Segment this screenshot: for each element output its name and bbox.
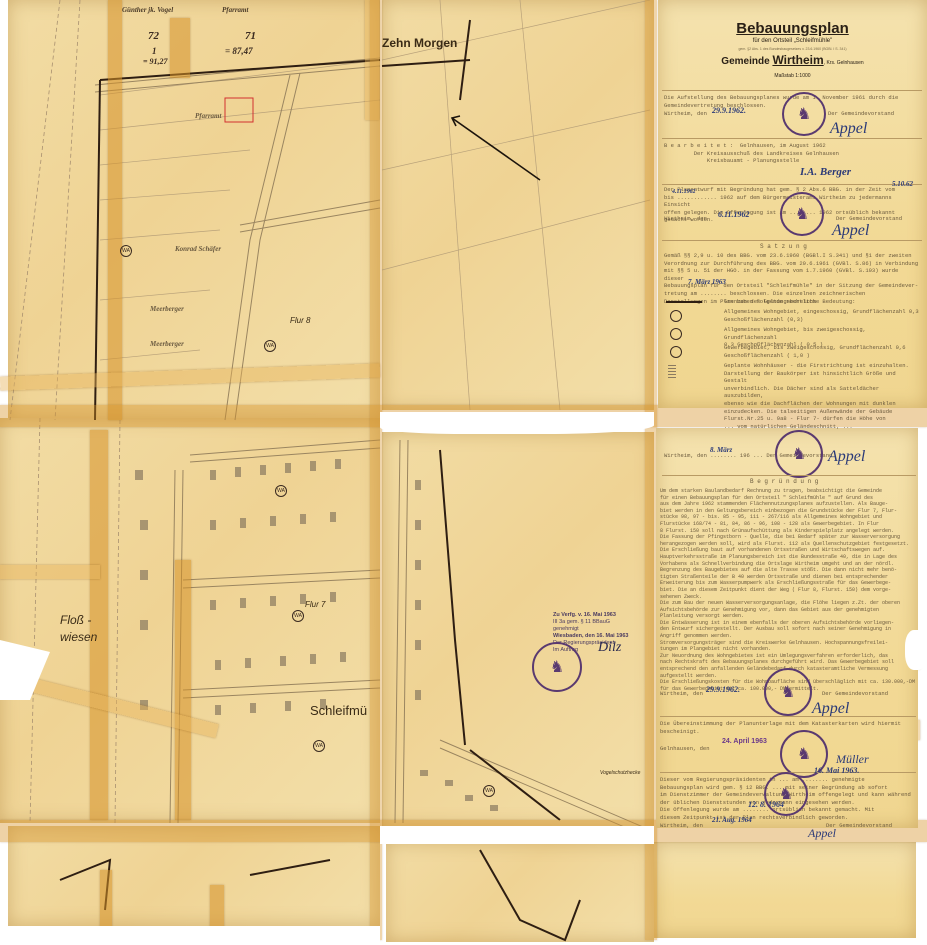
hand-parcel-72-area: = 91,27 <box>143 57 168 66</box>
zone-badge: WA <box>313 740 325 752</box>
plan-scale: Maßstab 1:1000 <box>658 73 927 79</box>
section-rechtskraft-approval-date: 16. Mai 1963. <box>814 766 859 775</box>
section-rechtskraft-signature: Appel <box>808 826 836 841</box>
torn-gap <box>380 826 654 844</box>
municipality-name: Wirtheim <box>772 53 823 67</box>
legend-item: Allgemeines Wohngebiet, eingeschossig, G… <box>664 308 920 326</box>
torn-gap <box>905 630 927 670</box>
lion-emblem-icon: ♞ <box>792 444 806 464</box>
legend-item: Gewerbegebiet, bis zweigeschossig, Grund… <box>664 344 920 362</box>
hand-owner-2: Konrad Schäfer <box>175 245 221 253</box>
gemeinde-seal: ♞ <box>780 192 824 236</box>
map-label-vogelschutz: Vogelschutzhecke <box>600 770 640 776</box>
lion-emblem-icon: ♞ <box>797 104 811 124</box>
section-kataster-date: 24. April 1963 <box>722 738 767 745</box>
legend-text: Grenzen des Geltungsbereichs <box>724 298 816 306</box>
legend-text: Gewerbegebiet, bis zweigeschossig, Grund… <box>724 344 920 359</box>
legend-text: Geplante Wohnhäuser - die Firstrichtung … <box>724 362 920 430</box>
lion-emblem-icon: ♞ <box>781 682 795 702</box>
map-label-flur-7: Flur 7 <box>305 600 325 609</box>
divider <box>662 240 922 241</box>
lion-emblem-icon: ♞ <box>797 744 811 764</box>
map-label-flur-8: Flur 8 <box>290 316 310 325</box>
section-satzung-heading: S a t z u n g <box>760 243 807 251</box>
hand-owner-1: Pfarramt <box>195 112 221 120</box>
section-beschluss-signature: Appel <box>828 448 865 466</box>
tape-strip <box>175 560 191 820</box>
section-auslegung-place: Wirtheim, den <box>664 215 707 223</box>
gemeinde-seal: ♞ <box>764 668 812 716</box>
torn-gap <box>0 926 380 945</box>
gemeinde-seal: ♞ <box>782 92 826 136</box>
tape-strip <box>0 565 100 579</box>
zone-badge: WA <box>292 610 304 622</box>
zone-badge: WA <box>120 245 132 257</box>
section-auslegung-date-to: 4.11.1962 <box>672 189 696 195</box>
lion-emblem-icon: ♞ <box>779 784 793 804</box>
section-bearbeitet-signature: I.A. Berger <box>800 166 851 178</box>
map-label-floss: Floß - <box>60 613 91 627</box>
section-beschluss-date: 8. März <box>710 446 732 454</box>
tape-strip <box>170 18 190 78</box>
approval-line2: III 3a gem. § 11 BBauG <box>553 619 653 626</box>
hand-owner-top2: Pfarramt <box>222 6 248 14</box>
hand-parcel-72: 72 <box>148 30 159 42</box>
section-kataster-signature: Müller <box>836 752 869 767</box>
tape-strip <box>100 870 112 930</box>
section-rechtskraft-date: 21. Aug. 1964 <box>712 816 752 824</box>
section-auslegung-date: 6.11.1962 <box>718 210 750 219</box>
divider <box>660 716 916 717</box>
planned-house-icon <box>668 364 676 378</box>
tape-strip <box>90 430 108 820</box>
zone-badge: WA <box>483 785 495 797</box>
zone-badge: WA <box>264 340 276 352</box>
regierungspraesident-seal: ♞ <box>532 642 582 692</box>
section-begruendung-date: 29.9.1962. <box>706 685 740 694</box>
section-auslegung-date-from: 5.10.62 <box>892 180 913 188</box>
legend-item: Allgemeines Wohngebiet, bis zweigeschoss… <box>664 326 920 344</box>
lion-emblem-icon: ♞ <box>550 657 564 677</box>
hand-owner-4: Meerberger <box>150 340 184 348</box>
plan-title: Bebauungsplan <box>658 20 927 37</box>
tape-strip <box>108 0 122 420</box>
divider <box>662 138 922 139</box>
section-bearbeitet-text: B e a r b e i t e t : Gelnhausen, im Aug… <box>664 142 920 165</box>
section-rechtskraft-place: Wirtheim, den <box>660 822 703 830</box>
legend-item: Geplante Wohnhäuser - die Firstrichtung … <box>664 362 920 418</box>
section-begruendung-heading: B e g r ü n d u n g <box>750 478 818 486</box>
map-label-schleifmuehle: Schleifmü <box>310 703 367 718</box>
district-name: , Krs. Gelnhausen <box>824 60 864 66</box>
plan-legal-line: gem. §2 Abs. 1 des Bundesbaugesetzes v. … <box>658 47 927 51</box>
divider <box>662 475 916 476</box>
section-aufstellung-date: 29.9.1962. <box>712 106 746 115</box>
hand-owner-top: Günther jk. Vogel <box>122 6 173 14</box>
plan-municipality: Gemeinde Wirtheim, Krs. Gelnhausen <box>658 53 927 67</box>
divider <box>662 90 922 91</box>
boundary-line-icon <box>666 301 702 303</box>
hand-parcel-72-sub: 1 <box>152 46 157 56</box>
legend: Grenzen des Geltungsbereichs Allgemeines… <box>664 298 920 418</box>
divider <box>662 184 922 185</box>
section-kataster-text: Die Übereinstimmung der Planunterlage mi… <box>660 720 916 735</box>
section-aufstellung-role: Der Gemeindevorstand <box>828 110 894 118</box>
municipality-prefix: Gemeinde <box>721 56 769 67</box>
plan-subtitle: für den Ortsteil „Schleifmühle" <box>658 38 927 44</box>
section-aufstellung-signature: Appel <box>830 120 867 138</box>
section-begruendung-role: Der Gemeindevorstand <box>822 690 888 698</box>
hand-parcel-71: 71 <box>245 30 256 42</box>
approval-line4: Wiesbaden, den 16. Mai 1963 <box>553 633 653 640</box>
ge-zone-icon <box>670 346 682 358</box>
approval-line3: genehmigt <box>553 626 653 633</box>
torn-gap <box>380 412 654 434</box>
legend-text: Allgemeines Wohngebiet, eingeschossig, G… <box>724 308 920 323</box>
wa-zone-icon <box>670 310 682 322</box>
section-begruendung-text: Um dem starken Baulandbedarf Rechnung zu… <box>660 488 918 692</box>
hand-owner-3: Meerberger <box>150 305 184 313</box>
map-label-zehn-morgen: Zehn Morgen <box>382 36 457 50</box>
tape-strip <box>370 0 382 940</box>
approval-signature: Dilz <box>598 640 621 656</box>
gemeinde-seal: ♞ <box>775 430 823 478</box>
hand-parcel-71-area: = 87,47 <box>225 46 253 56</box>
zone-badge: WA <box>275 485 287 497</box>
section-begruendung-place: Wirtheim, den <box>660 690 703 698</box>
lion-emblem-icon: ♞ <box>795 204 809 224</box>
wa-zone-icon <box>670 328 682 340</box>
section-satzung-date: 7. März 1963 <box>688 278 726 286</box>
approval-line1: Zu Verfg. v. 16. Mai 1963 <box>553 612 653 619</box>
section-kataster-place: Gelnhausen, den <box>660 745 710 753</box>
section-auslegung-signature: Appel <box>832 222 869 240</box>
map-label-wiesen: wiesen <box>60 630 97 644</box>
torn-gap <box>0 0 8 110</box>
legend-item: Grenzen des Geltungsbereichs <box>664 298 920 308</box>
gemeinde-seal: ♞ <box>764 772 808 816</box>
section-aufstellung-place: Wirtheim, den <box>664 110 707 118</box>
